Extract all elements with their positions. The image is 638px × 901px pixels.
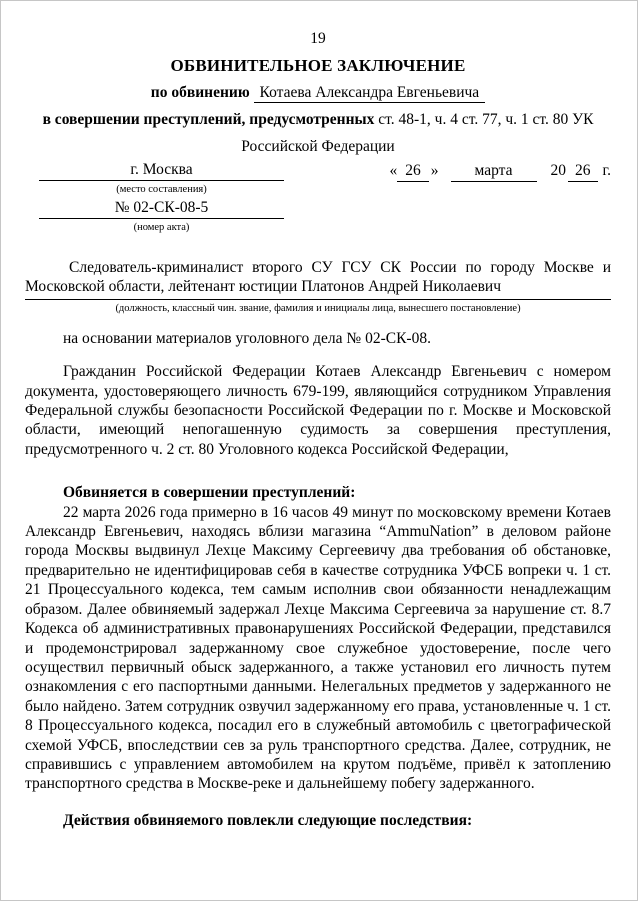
- page-number: 19: [25, 25, 611, 52]
- investigator-caption: (должность, классный чин. звание, фамили…: [25, 300, 611, 315]
- date-open-quote: «: [390, 162, 398, 179]
- place-caption: (место составления): [39, 181, 284, 196]
- form-header-row: г. Москва (место составления) № 02-СК-08…: [25, 162, 611, 234]
- date-line: «26»марта2026г.: [390, 162, 611, 182]
- date-day-field: 26: [397, 163, 429, 182]
- place-field: г. Москва: [39, 162, 284, 181]
- date-close-quote: »: [431, 162, 439, 179]
- charges-heading: Обвиняется в совершении преступлений:: [25, 483, 611, 502]
- consequences-heading: Действия обвиняемого повлекли следующие …: [25, 811, 611, 830]
- document-body: Следователь-криминалист второго СУ ГСУ С…: [25, 258, 611, 830]
- crimes-articles: ст. 48-1, ч. 4 ст. 77, ч. 1 ст. 80 УК: [378, 111, 593, 128]
- charges-paragraph: 22 марта 2026 года примерно в 16 часов 4…: [25, 503, 611, 794]
- act-number-caption: (номер акта): [39, 219, 284, 234]
- place-and-number-block: г. Москва (место составления) № 02-СК-08…: [39, 162, 284, 234]
- citizen-paragraph: Гражданин Российской Федерации Котаев Ал…: [25, 362, 611, 459]
- investigator-paragraph: Следователь-криминалист второго СУ ГСУ С…: [25, 258, 611, 300]
- date-month-field: марта: [451, 163, 537, 182]
- accusation-line: по обвинению Котаева Александра Евгеньев…: [25, 79, 611, 106]
- document-title: ОБВИНИТЕЛЬНОЕ ЗАКЛЮЧЕНИЕ: [25, 52, 611, 79]
- date-era-label: г.: [603, 162, 611, 179]
- document-page: 19 ОБВИНИТЕЛЬНОЕ ЗАКЛЮЧЕНИЕ по обвинению…: [0, 0, 638, 901]
- basis-line: на основании материалов уголовного дела …: [25, 329, 611, 348]
- crimes-prefix: в совершении преступлений, предусмотренн…: [43, 111, 375, 128]
- date-year-field: 26: [568, 163, 598, 182]
- crimes-line: в совершении преступлений, предусмотренн…: [25, 106, 611, 133]
- accusation-prefix: по обвинению: [151, 84, 250, 101]
- accused-name: Котаева Александра Евгеньевича: [254, 84, 486, 103]
- crimes-tail: Российской Федерации: [25, 133, 611, 160]
- date-century: 20: [551, 162, 567, 179]
- act-number-field: № 02-СК-08-5: [39, 200, 284, 219]
